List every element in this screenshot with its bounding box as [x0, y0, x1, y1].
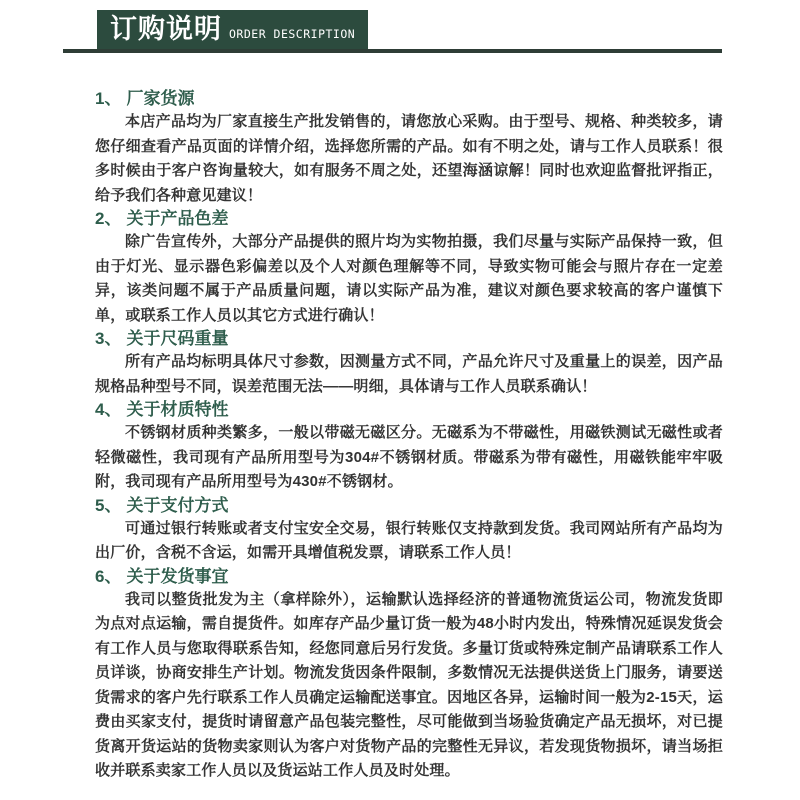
section-title: 关于尺码重量	[126, 329, 228, 348]
header-title-box: 订购说明 ORDER DESCRIPTION	[97, 10, 368, 49]
section-body: 我司以整货批发为主（拿样除外），运输默认选择经济的普通物流货运公司，物流发货即为…	[95, 588, 723, 784]
section-body: 所有产品均标明具体尺寸参数，因测量方式不同，产品允许尺寸及重量上的误差，因产品规…	[95, 350, 723, 399]
section-factory-source: 1、厂家货源 本店产品均为厂家直接生产批发销售的，请您放心采购。由于型号、规格、…	[95, 88, 723, 208]
section-heading: 2、关于产品色差	[95, 208, 723, 230]
section-number: 5、	[95, 496, 121, 515]
section-body: 不锈钢材质种类繁多，一般以带磁无磁区分。无磁系为不带磁性，用磁铁测试无磁性或者轻…	[95, 421, 723, 495]
section-payment: 5、关于支付方式 可通过银行转账或者支付宝安全交易，银行转账仅支持款到发货。我司…	[95, 495, 723, 566]
section-number: 4、	[95, 400, 121, 419]
section-color-difference: 2、关于产品色差 除广告宣传外，大部分产品提供的照片均为实物拍摄，我们尽量与实际…	[95, 208, 723, 328]
section-number: 2、	[95, 209, 121, 228]
section-title: 厂家货源	[126, 89, 194, 108]
page-title: 订购说明	[110, 10, 222, 49]
section-number: 1、	[95, 89, 121, 108]
section-title: 关于产品色差	[126, 209, 228, 228]
section-body: 可通过银行转账或者支付宝安全交易，银行转账仅支持款到发货。我司网站所有产品均为出…	[95, 517, 723, 566]
section-body: 本店产品均为厂家直接生产批发销售的，请您放心采购。由于型号、规格、种类较多，请您…	[95, 110, 723, 208]
section-number: 3、	[95, 329, 121, 348]
section-size-weight: 3、关于尺码重量 所有产品均标明具体尺寸参数，因测量方式不同，产品允许尺寸及重量…	[95, 328, 723, 399]
section-heading: 3、关于尺码重量	[95, 328, 723, 350]
section-title: 关于支付方式	[126, 496, 228, 515]
section-body: 除广告宣传外，大部分产品提供的照片均为实物拍摄，我们尽量与实际产品保持一致，但由…	[95, 230, 723, 328]
header-underline	[63, 49, 722, 53]
section-heading: 6、关于发货事宜	[95, 566, 723, 588]
section-shipping: 6、关于发货事宜 我司以整货批发为主（拿样除外），运输默认选择经济的普通物流货运…	[95, 566, 723, 784]
section-title: 关于发货事宜	[126, 567, 228, 586]
section-heading: 4、关于材质特性	[95, 399, 723, 421]
content-area: 1、厂家货源 本店产品均为厂家直接生产批发销售的，请您放心采购。由于型号、规格、…	[95, 88, 723, 784]
section-heading: 5、关于支付方式	[95, 495, 723, 517]
section-number: 6、	[95, 567, 121, 586]
section-material: 4、关于材质特性 不锈钢材质种类繁多，一般以带磁无磁区分。无磁系为不带磁性，用磁…	[95, 399, 723, 495]
page-subtitle: ORDER DESCRIPTION	[229, 27, 355, 41]
section-heading: 1、厂家货源	[95, 88, 723, 110]
section-title: 关于材质特性	[126, 400, 228, 419]
